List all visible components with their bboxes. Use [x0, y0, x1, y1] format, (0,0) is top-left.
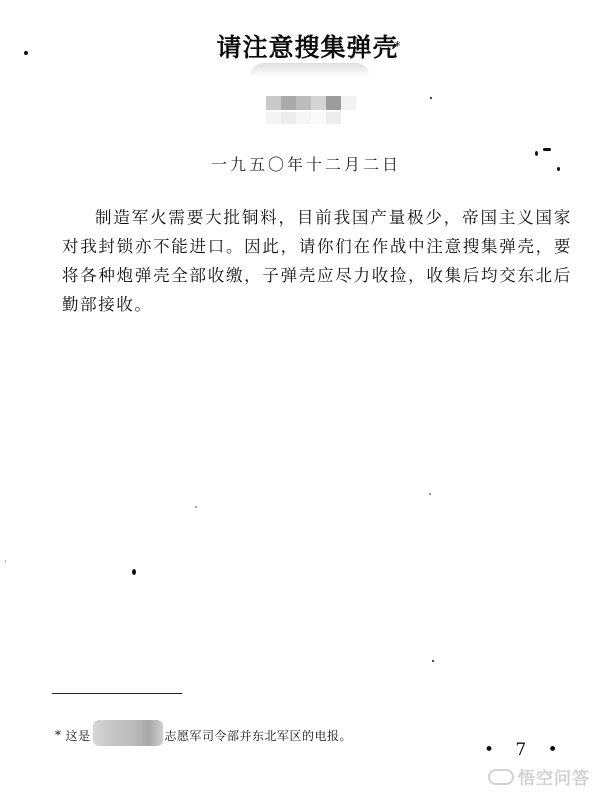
wukong-logo-icon	[488, 769, 514, 785]
redaction-smudge	[250, 63, 370, 77]
page-number: • 7 •	[484, 740, 566, 760]
scan-speck	[432, 660, 434, 662]
footnote: * 这是 志愿军司令部并东北军区的电报。	[55, 722, 352, 748]
scan-speck	[195, 506, 197, 508]
scan-speck	[430, 97, 432, 99]
scanned-document-page: 请注意搜集弹壳* 一九五〇年十二月二日 制造军火需要大批铜料，目前我国产量极少，…	[0, 0, 612, 794]
footnote-marker: *	[55, 728, 62, 742]
title-text: 请注意搜集弹壳	[216, 33, 398, 62]
scan-speck	[132, 569, 136, 575]
author-redaction-mosaic	[266, 96, 356, 126]
footnote-redaction-mosaic	[93, 720, 163, 746]
document-date: 一九五〇年十二月二日	[0, 152, 612, 175]
scan-speck	[543, 148, 551, 151]
footnote-divider	[52, 693, 182, 694]
scan-speck	[5, 560, 6, 563]
document-body: 制造军火需要大批铜料，目前我国产量极少，帝国主义国家对我封锁亦不能进口。因此，请…	[62, 203, 572, 319]
footnote-suffix: 志愿军司令部并东北军区的电报。	[165, 727, 353, 744]
watermark-text: 悟空问答	[518, 764, 590, 789]
watermark: 悟空问答	[488, 764, 590, 789]
scan-speck	[429, 493, 431, 495]
document-title: 请注意搜集弹壳*	[0, 30, 612, 66]
title-footnote-marker: *	[395, 39, 402, 53]
footnote-prefix: 这是	[66, 727, 91, 744]
